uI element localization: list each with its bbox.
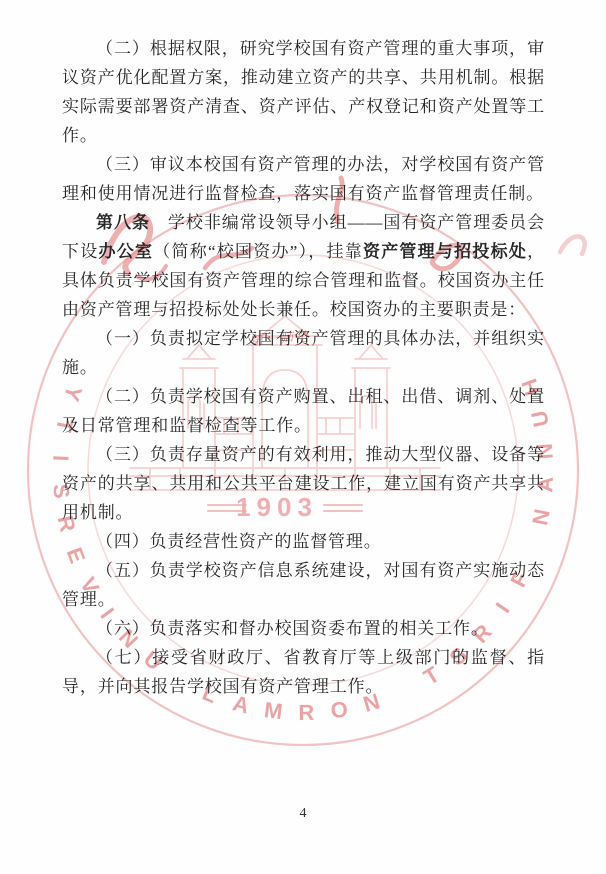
text-segment: （四）负责经营性资产的监督管理。 xyxy=(96,532,382,551)
text-segment: （五）负责学校资产信息系统建设，对国有资产实施动态管理。 xyxy=(62,561,545,609)
paragraph: （四）负责经营性资产的监督管理。 xyxy=(62,527,545,556)
paragraph: （五）负责学校资产信息系统建设，对国有资产实施动态管理。 xyxy=(62,556,545,614)
seal-ring-letter: R xyxy=(293,699,319,727)
paragraph: 第八条 学校非编常设领导小组——国有资产管理委员会下设办公室（简称“校国资办”）… xyxy=(62,208,545,324)
text-segment: （简称“校国资办”），挂靠 xyxy=(153,242,363,261)
paragraph: （七）接受省财政厅、省教育厅等上级部门的监督、指导，并向其报告学校国有资产管理工… xyxy=(62,643,545,701)
text-segment: （三）负责存量资产的有效利用，推动大型仪器、设备等资产的共享、共用和公共平台建设… xyxy=(62,445,545,522)
paragraph: （二）根据权限，研究学校国有资产管理的重大事项，审议资产优化配置方案，推动建立资… xyxy=(62,34,545,150)
bold-text-segment: 第八条 xyxy=(96,213,150,232)
paragraph: （二）负责学校国有资产购置、出租、出借、调剂、处置及日常管理和监督检查等工作。 xyxy=(62,382,545,440)
document-page: HUNAN FIRST NORMAL UNIVERSITY 1903 第一师范 … xyxy=(0,0,606,874)
text-segment: （二）根据权限，研究学校国有资产管理的重大事项，审议资产优化配置方案，推动建立资… xyxy=(62,39,545,145)
text-segment: （三）审议本校国有资产管理的办法，对学校国有资产管理和使用情况进行监督检查，落实… xyxy=(62,155,545,203)
paragraph: （三）负责存量资产的有效利用，推动大型仪器、设备等资产的共享、共用和公共平台建设… xyxy=(62,440,545,527)
page-number: 4 xyxy=(0,806,606,822)
text-segment: （七）接受省财政厅、省教育厅等上级部门的监督、指导，并向其报告学校国有资产管理工… xyxy=(62,648,545,696)
bold-text-segment: 办公室 xyxy=(98,242,153,261)
text-segment: （二）负责学校国有资产购置、出租、出借、调剂、处置及日常管理和监督检查等工作。 xyxy=(62,387,545,435)
document-text: （二）根据权限，研究学校国有资产管理的重大事项，审议资产优化配置方案，推动建立资… xyxy=(62,34,545,701)
bold-text-segment: 资产管理与招投标处 xyxy=(363,242,527,261)
paragraph: （三）审议本校国有资产管理的办法，对学校国有资产管理和使用情况进行监督检查，落实… xyxy=(62,150,545,208)
paragraph: （六）负责落实和督办校国资委布置的相关工作。 xyxy=(62,614,545,643)
text-segment: （六）负责落实和督办校国资委布置的相关工作。 xyxy=(96,619,489,638)
text-segment: （一）负责拟定学校国有资产管理的具体办法，并组织实施。 xyxy=(62,329,545,377)
paragraph: （一）负责拟定学校国有资产管理的具体办法，并组织实施。 xyxy=(62,324,545,382)
